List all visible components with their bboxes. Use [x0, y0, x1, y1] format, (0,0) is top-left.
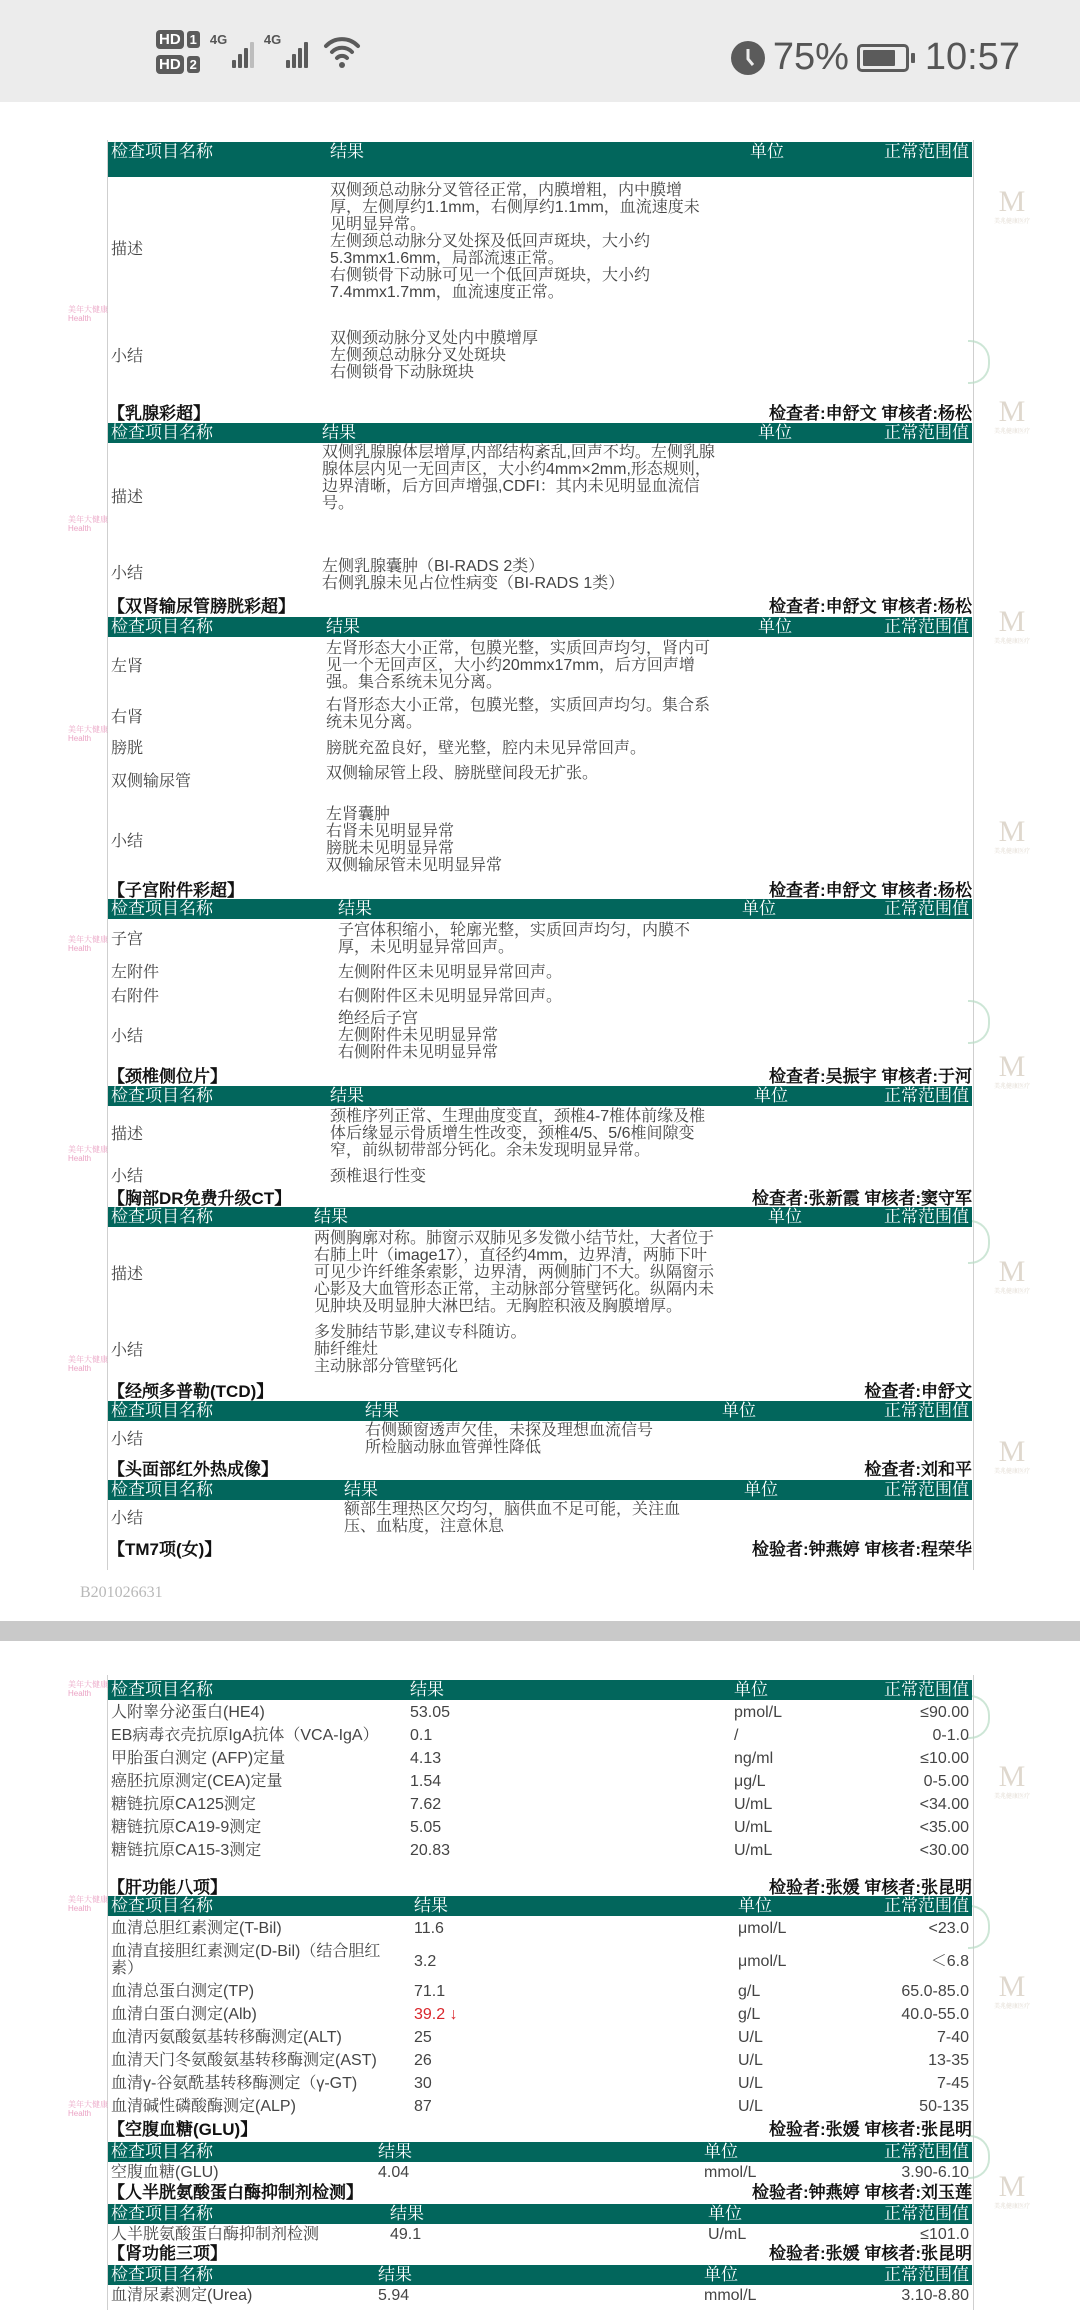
- table-row: 右附件 右侧附件区未见明显异常回声。: [108, 988, 972, 1008]
- health-logo-watermark: 美年大健康 Health: [68, 515, 108, 539]
- table-row: 血清直接胆红素测定(D-Bil)（结合胆红 素）3.2μmol/L＜6.8: [108, 1943, 972, 1981]
- m-logo-watermark: M美兆健康医疗: [990, 395, 1034, 445]
- table-header: 检查项目名称结果单位正常范围值: [108, 899, 972, 919]
- section-title-thermal: 【头面部红外热成像】检查者:刘和平: [108, 1460, 972, 1480]
- hd-icon: HD: [156, 55, 184, 74]
- m-logo-watermark: M美兆健康医疗: [990, 2170, 1034, 2220]
- health-logo-watermark: 美年大健康 Health: [68, 1145, 108, 1169]
- table-row: 小结 额部生理热区欠均匀，脑供血不足可能，关注血 压、血粘度，注意休息: [108, 1501, 972, 1537]
- table-row: 血清总胆红素测定(T-Bil)11.6μmol/L<23.0: [108, 1920, 972, 1942]
- hd-icon: HD: [156, 30, 184, 49]
- network-type-label: 4G: [264, 32, 281, 47]
- table-row: 血清碱性磷酸酶测定(ALP)87U/L50-135: [108, 2098, 972, 2120]
- table-row: 血清丙氨酸氨基转移酶测定(ALT)25U/L7-40: [108, 2029, 972, 2051]
- health-logo-watermark: 美年大健康 Health: [68, 1895, 108, 1919]
- m-logo-watermark: M美兆健康医疗: [990, 185, 1034, 235]
- table-row: 血清尿素测定(Urea)5.94mmol/L3.10-8.80: [108, 2287, 972, 2309]
- section-title-kidney: 【双肾输尿管膀胱彩超】检查者:申舒文 审核者:杨松: [108, 597, 972, 617]
- table-row: 描述 双侧乳腺腺体层增厚,内部结构紊乱,回声不均。左侧乳腺 腺体层内见一无回声区…: [108, 444, 972, 524]
- health-logo-watermark: 美年大健康 Health: [68, 725, 108, 749]
- section-title-uterus: 【子宫附件彩超】检查者:申舒文 审核者:杨松: [108, 881, 972, 901]
- table-row: 糖链抗原CA125测定7.62U/mL<34.00: [108, 1796, 972, 1818]
- table-header: 检查项目名称结果单位正常范围值: [108, 2142, 972, 2162]
- table-header: 检查项目名称结果单位正常范围值: [108, 142, 972, 177]
- table-row: 描述 颈椎序列正常、生理曲度变直，颈椎4-7椎体前缘及椎 体后缘显示骨质增生性改…: [108, 1108, 972, 1162]
- clock-time: 10:57: [925, 36, 1020, 79]
- m-logo-watermark: M美兆健康医疗: [990, 815, 1034, 865]
- table-row: 小结 多发肺结节影,建议专科随访。 肺纤维灶 主动脉部分管壁钙化: [108, 1324, 972, 1378]
- health-logo-watermark: 美年大健康 Health: [68, 1355, 108, 1379]
- alarm-icon: [731, 41, 765, 75]
- section-title-tm7: 【TM7项(女)】检验者:钟燕婷 审核者:程荣华: [108, 1540, 972, 1560]
- table-row: 人附睾分泌蛋白(HE4)53.05pmol/L≤90.00: [108, 1704, 972, 1726]
- table-row: 甲胎蛋白测定 (AFP)定量4.13ng/ml≤10.00: [108, 1750, 972, 1772]
- table-row: 血清γ-谷氨酰基转移酶测定（γ-GT)30U/L7-45: [108, 2075, 972, 2097]
- table-header: 检查项目名称结果单位正常范围值: [108, 423, 972, 443]
- table-row: 血清天门冬氨酸氨基转移酶测定(AST)26U/L13-35: [108, 2052, 972, 2074]
- table-row: 描述 两侧胸廓对称。肺窗示双肺见多发微小结节灶，大者位于 右肺上叶（image1…: [108, 1230, 972, 1320]
- section-title-liver: 【肝功能八项】检验者:张媛 审核者:张昆明: [108, 1878, 972, 1898]
- table-header: 检查项目名称结果单位正常范围值: [108, 1207, 972, 1227]
- table-header: 检查项目名称结果单位正常范围值: [108, 1401, 972, 1421]
- table-row: 右肾 右肾形态大小正常，包膜光整，实质回声均匀。集合系 统未见分离。: [108, 697, 972, 733]
- sim1-badge: 1: [187, 31, 200, 48]
- table-row: 描述 双侧颈总动脉分叉管径正常，内膜增粗，内中膜增 厚，左侧厚约1.1mm，右侧…: [108, 180, 972, 310]
- m-logo-watermark: M美兆健康医疗: [990, 1050, 1034, 1100]
- table-header: 检查项目名称结果单位正常范围值: [108, 2204, 972, 2224]
- table-row: 糖链抗原CA15-3测定20.83U/mL<30.00: [108, 1842, 972, 1864]
- table-row: 左附件 左侧附件区未见明显异常回声。: [108, 964, 972, 984]
- wifi-icon: [322, 32, 362, 72]
- battery-percentage: 75%: [773, 36, 849, 79]
- table-row: EB病毒衣壳抗原IgA抗体（VCA-IgA）0.1/0-1.0: [108, 1727, 972, 1749]
- table-row: 糖链抗原CA19-9测定5.05U/mL<35.00: [108, 1819, 972, 1841]
- table-header: 检查项目名称结果单位正常范围值: [108, 1896, 972, 1916]
- table-header: 检查项目名称结果单位正常范围值: [108, 617, 972, 637]
- page-border-right: [973, 1675, 974, 2310]
- abnormal-result: 39.2 ↓: [414, 2006, 458, 2023]
- table-row: 小结 右侧颞窗透声欠佳，未探及理想血流信号 所检脑动脉血管弹性降低: [108, 1422, 972, 1458]
- health-logo-watermark: 美年大健康 Health: [68, 1680, 108, 1704]
- m-logo-watermark: M美兆健康医疗: [990, 605, 1034, 655]
- section-title-cystatin: 【人半胱氨酸蛋白酶抑制剂检测】检验者:钟燕婷 审核者:刘玉莲: [108, 2183, 972, 2203]
- status-bar: HD1 HD2 4G 4G 75% 10:57: [0, 0, 1080, 102]
- page-separator: [0, 1621, 1080, 1641]
- section-title-glu: 【空腹血糖(GLU)】检验者:张媛 审核者:张昆明: [108, 2120, 972, 2140]
- table-row: 小结 双侧颈动脉分叉处内中膜增厚 左侧颈总动脉分叉处斑块 右侧锁骨下动脉斑块: [108, 328, 972, 388]
- health-logo-watermark: 美年大健康 Health: [68, 305, 108, 329]
- table-row: 左肾 左肾形态大小正常，包膜光整，实质回声均匀，肾内可 见一个无回声区，大小约2…: [108, 640, 972, 694]
- section-title-renal: 【肾功能三项】检验者:张媛 审核者:张昆明: [108, 2244, 972, 2264]
- table-header: 检查项目名称结果单位正常范围值: [108, 1680, 972, 1700]
- sim2-badge: 2: [187, 56, 200, 73]
- m-logo-watermark: M美兆健康医疗: [990, 1435, 1034, 1485]
- signal-icon: 4G: [212, 36, 254, 68]
- table-row: 癌胚抗原测定(CEA)定量1.54μg/L0-5.00: [108, 1773, 972, 1795]
- table-row: 血清总蛋白测定(TP)71.1g/L65.0-85.0: [108, 1983, 972, 2005]
- table-header: 检查项目名称结果单位正常范围值: [108, 1480, 972, 1500]
- table-row: 小结 左侧乳腺囊肿（BI-RADS 2类） 右侧乳腺未见占位性病变（BI-RAD…: [108, 558, 972, 594]
- network-type-label: 4G: [210, 32, 227, 47]
- table-row: 膀胱 膀胱充盈良好，壁光整，腔内未见异常回声。: [108, 740, 972, 760]
- table-row: 小结 颈椎退行性变: [108, 1168, 972, 1188]
- signal-icon: 4G: [266, 36, 308, 68]
- table-header: 检查项目名称结果单位正常范围值: [108, 1086, 972, 1106]
- table-row: 双侧输尿管 双侧输尿管上段、膀胱壁间段无扩张。: [108, 765, 972, 795]
- m-logo-watermark: M美兆健康医疗: [990, 1970, 1034, 2020]
- document-id: B201026631: [80, 1584, 163, 1602]
- table-row: 子宫 子宫体积缩小，轮廓光整，实质回声均匀，内膜不 厚，未见明显异常回声。: [108, 922, 972, 958]
- table-header: 检查项目名称结果单位正常范围值: [108, 2265, 972, 2285]
- section-title-cervical: 【颈椎侧位片】检查者:吴振宇 审核者:于河: [108, 1067, 972, 1087]
- health-logo-watermark: 美年大健康 Health: [68, 935, 108, 959]
- table-row: 小结 左肾囊肿 右肾未见明显异常 膀胱未见明显异常 双侧输尿管未见明显异常: [108, 806, 972, 878]
- section-title-tcd: 【经颅多普勒(TCD)】检查者:申舒文: [108, 1382, 972, 1402]
- m-logo-watermark: M美兆健康医疗: [990, 1760, 1034, 1810]
- table-row: 小结 绝经后子宫 左侧附件未见明显异常 右侧附件未见明显异常: [108, 1010, 972, 1064]
- health-logo-watermark: 美年大健康 Health: [68, 2100, 108, 2124]
- section-title-breast: 【乳腺彩超】检查者:申舒文 审核者:杨松: [108, 404, 972, 424]
- m-logo-watermark: M美兆健康医疗: [990, 1255, 1034, 1305]
- section-title-chest: 【胸部DR免费升级CT】检查者:张新霞 审核者:窦守军: [108, 1189, 972, 1209]
- table-row: 血清白蛋白测定(Alb)39.2 ↓g/L40.0-55.0: [108, 2006, 972, 2028]
- battery-icon: [857, 44, 909, 72]
